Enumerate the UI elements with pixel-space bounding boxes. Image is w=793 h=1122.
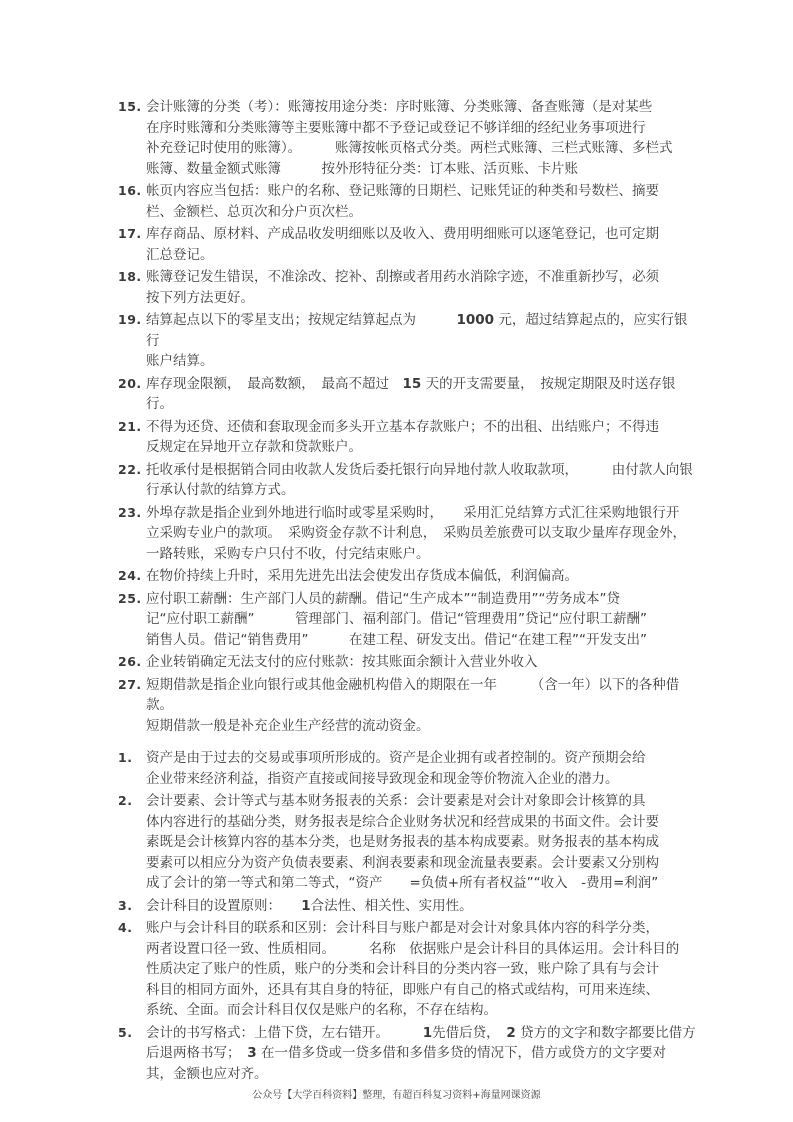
list-item-text: 会计的书写格式：上借下贷，左右错开。 1先借后贷， 2 贷方的文字和数字都要比借…: [146, 1023, 698, 1085]
list-item-number: 25.: [118, 589, 146, 610]
list-item-number: 26.: [118, 652, 146, 673]
list-item-number: 16.: [118, 181, 146, 202]
footer-credit-line: 公众号【大学百科资料】整理，有超百科复习资料+海量网课资源: [0, 1086, 793, 1101]
list-item-text: 不得为还贷、还债和套取现金而多头开立基本存款账户；不的出租、出结账户；不得违 反…: [146, 417, 698, 458]
list-item-text: 账簿登记发生错误，不准涂改、挖补、刮擦或者用药水消除字迹，不准重新抄写，必须 按…: [146, 267, 698, 308]
list-item-text: 帐页内容应当包括：账户的名称、登记账簿的日期栏、记账凭证的种类和号数栏、摘要 栏…: [146, 181, 698, 222]
list-item: 27.短期借款是指企业向银行或其他金融机构借入的期限在一年 （含一年）以下的各种…: [118, 675, 698, 737]
page-content: 15.会计账簿的分类（考）：账簿按用途分类：序时账簿、分类账簿、备查账簿（是对某…: [118, 97, 698, 1086]
list-item-text: 在物价持续上升时，采用先进先出法会使发出存货成本偏低，利润偏高。: [146, 566, 698, 587]
inline-number: 15: [403, 376, 422, 392]
list-item-text: 库存商品、原材料、产成品收发明细账以及收入、费用明细账可以逐笔登记，也可定期 汇…: [146, 224, 698, 265]
list-item-text: 企业转销确定无法支付的应付账款：按其账面余额计入营业外收入: [146, 652, 698, 673]
inline-number: 1: [423, 1025, 432, 1041]
inline-number: 1000: [457, 312, 495, 328]
list-item-number: 4.: [118, 918, 146, 939]
list-item-number: 27.: [118, 675, 146, 696]
list-item: 17.库存商品、原材料、产成品收发明细账以及收入、费用明细账可以逐笔登记，也可定…: [118, 224, 698, 265]
list-item-text: 账户与会计科目的联系和区别：会计科目与账户都是对会计对象具体内容的科学分类， 两…: [146, 918, 698, 1021]
list-item: 1.资产是由于过去的交易或事项所形成的。资产是企业拥有或者控制的。资产预期会给 …: [118, 748, 698, 789]
inline-number: 3: [247, 1045, 256, 1061]
list-item: 2.会计要素、会计等式与基本财务报表的关系：会计要素是对会计对象即会计核算的具 …: [118, 791, 698, 894]
list-item: 18.账簿登记发生错误，不准涂改、挖补、刮擦或者用药水消除字迹，不准重新抄写，必…: [118, 267, 698, 308]
list-item: 5.会计的书写格式：上借下贷，左右错开。 1先借后贷， 2 贷方的文字和数字都要…: [118, 1023, 698, 1085]
list-item-number: 24.: [118, 566, 146, 587]
list-item-text: 应付职工薪酬：生产部门人员的薪酬。借记“生产成本”“制造费用”“劳务成本”贷 记…: [146, 589, 698, 651]
list-item-number: 22.: [118, 460, 146, 481]
list-item-number: 2.: [118, 791, 146, 812]
list-item-number: 3.: [118, 896, 146, 917]
list-item-number: 21.: [118, 417, 146, 438]
list-item: 23.外埠存款是指企业到外地进行临时或零星采购时， 采用汇兑结算方式汇往采购地银…: [118, 503, 698, 565]
list-item-text: 外埠存款是指企业到外地进行临时或零星采购时， 采用汇兑结算方式汇往采购地银行开 …: [146, 503, 698, 565]
list-item: 21.不得为还贷、还债和套取现金而多头开立基本存款账户；不的出租、出结账户；不得…: [118, 417, 698, 458]
document-page: 15.会计账簿的分类（考）：账簿按用途分类：序时账簿、分类账簿、备查账簿（是对某…: [0, 0, 793, 1122]
list-item-text: 资产是由于过去的交易或事项所形成的。资产是企业拥有或者控制的。资产预期会给 企业…: [146, 748, 698, 789]
inline-number: 2: [506, 1025, 515, 1041]
list-item: 4.账户与会计科目的联系和区别：会计科目与账户都是对会计对象具体内容的科学分类，…: [118, 918, 698, 1021]
list-item-number: 20.: [118, 374, 146, 395]
list-item-number: 17.: [118, 224, 146, 245]
list-item: 3.会计科目的设置原则： 1合法性、相关性、实用性。: [118, 896, 698, 917]
list-item: 24.在物价持续上升时，采用先进先出法会使发出存货成本偏低，利润偏高。: [118, 566, 698, 587]
list-item-text: 会计账簿的分类（考）：账簿按用途分类：序时账簿、分类账簿、备查账簿（是对某些 在…: [146, 97, 698, 179]
list-item-number: 19.: [118, 310, 146, 331]
list-item-number: 23.: [118, 503, 146, 524]
list-item-text: 托收承付是根据销合同由收款人发货后委托银行向异地付款人收取款项， 由付款人向银 …: [146, 460, 698, 501]
list-item: 20.库存现金限额， 最高数额， 最高不超过 15 天的开支需要量， 按规定期限…: [118, 374, 698, 415]
inline-number: 1: [301, 898, 310, 914]
list-item-text: 会计科目的设置原则： 1合法性、相关性、实用性。: [146, 896, 698, 917]
list-item: 15.会计账簿的分类（考）：账簿按用途分类：序时账簿、分类账簿、备查账簿（是对某…: [118, 97, 698, 179]
list-item: 19.结算起点以下的零星支出；按规定结算起点为 1000 元，超过结算起点的，应…: [118, 310, 698, 372]
list-item: 22.托收承付是根据销合同由收款人发货后委托银行向异地付款人收取款项， 由付款人…: [118, 460, 698, 501]
list-item-text: 库存现金限额， 最高数额， 最高不超过 15 天的开支需要量， 按规定期限及时送…: [146, 374, 698, 415]
list-item-number: 5.: [118, 1023, 146, 1044]
list-item: 26.企业转销确定无法支付的应付账款：按其账面余额计入营业外收入: [118, 652, 698, 673]
notes-list-accounting-books: 15.会计账簿的分类（考）：账簿按用途分类：序时账簿、分类账簿、备查账簿（是对某…: [118, 97, 698, 736]
list-item-text: 会计要素、会计等式与基本财务报表的关系：会计要素是对会计对象即会计核算的具 体内…: [146, 791, 698, 894]
list-item-number: 18.: [118, 267, 146, 288]
list-item: 16.帐页内容应当包括：账户的名称、登记账簿的日期栏、记账凭证的种类和号数栏、摘…: [118, 181, 698, 222]
list-item: 25.应付职工薪酬：生产部门人员的薪酬。借记“生产成本”“制造费用”“劳务成本”…: [118, 589, 698, 651]
list-item-number: 1.: [118, 748, 146, 769]
list-item-text: 结算起点以下的零星支出；按规定结算起点为 1000 元，超过结算起点的，应实行银…: [146, 310, 698, 372]
list-item-number: 15.: [118, 97, 146, 118]
notes-list-accounting-elements: 1.资产是由于过去的交易或事项所形成的。资产是企业拥有或者控制的。资产预期会给 …: [118, 748, 698, 1084]
list-item-text: 短期借款是指企业向银行或其他金融机构借入的期限在一年 （含一年）以下的各种借款。…: [146, 675, 698, 737]
